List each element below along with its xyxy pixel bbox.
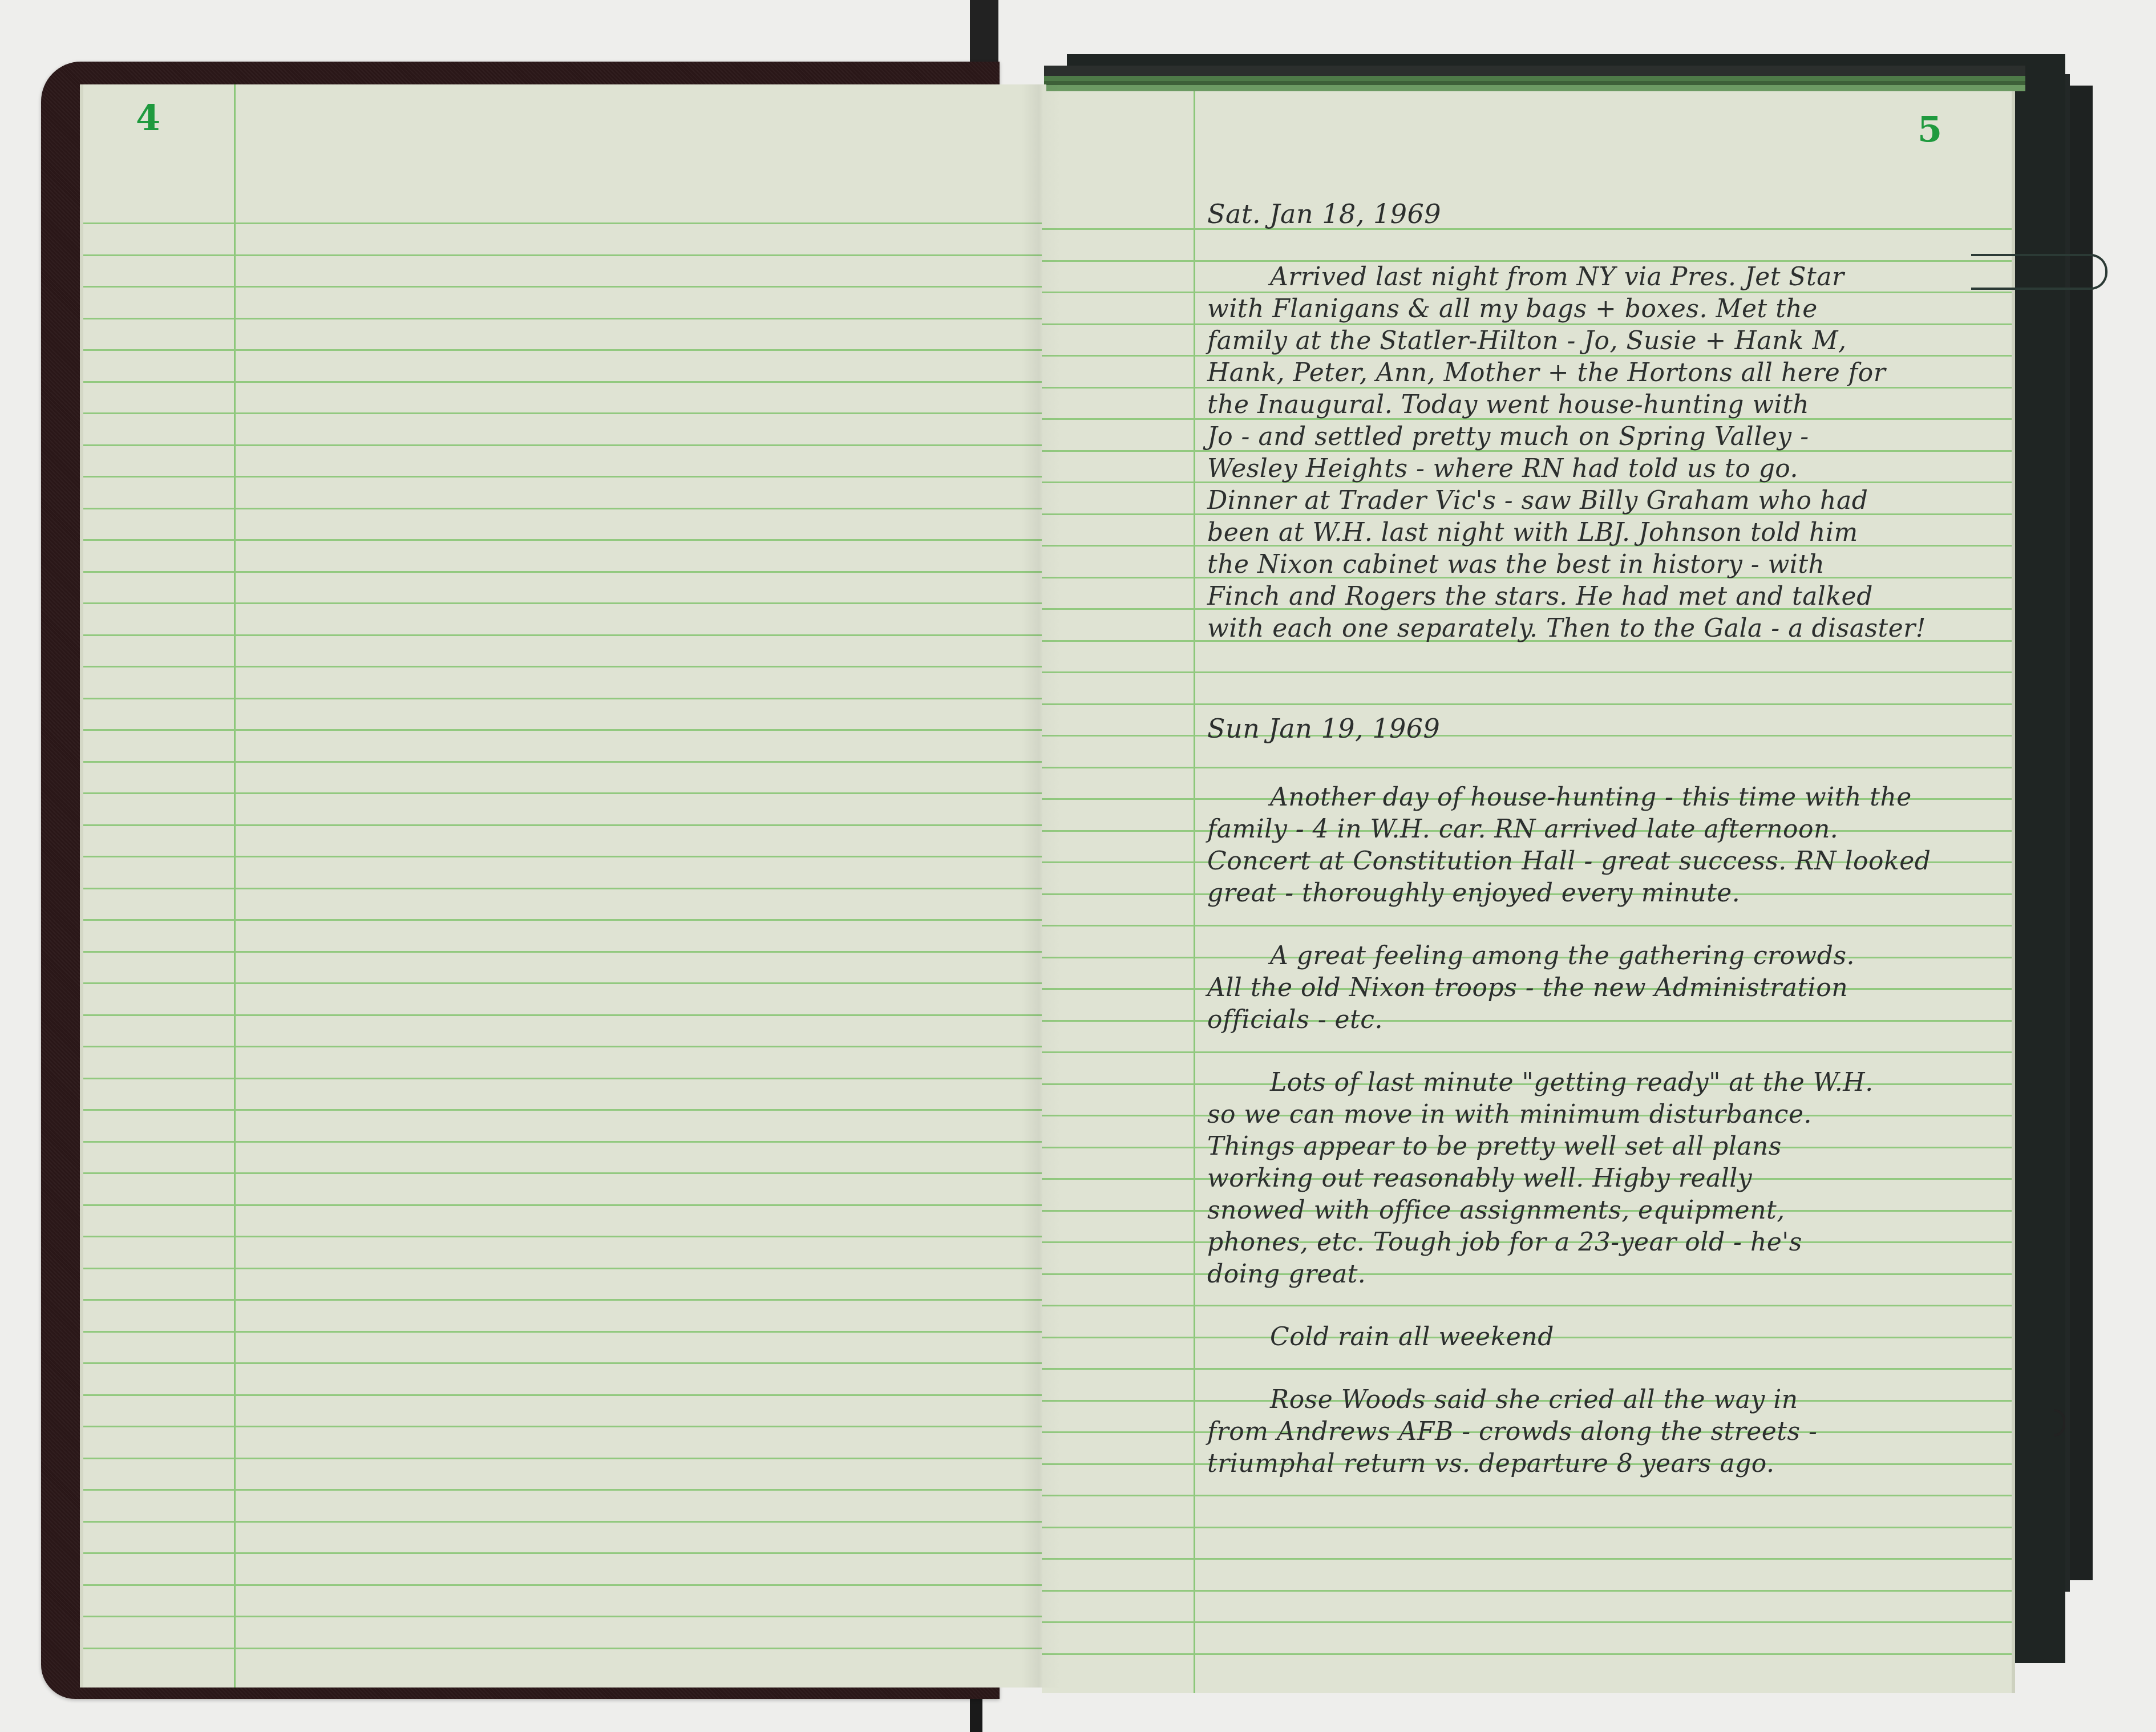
ruled-line xyxy=(83,792,1046,794)
ruled-line xyxy=(83,1362,1046,1364)
entry-line: Arrived last night from NY via Pres. Jet… xyxy=(1270,262,1844,292)
entry-line: Another day of house-hunting - this time… xyxy=(1270,783,1912,812)
ruled-line xyxy=(1042,735,2012,736)
entry-line: Wesley Heights - where RN had told us to… xyxy=(1207,454,1798,483)
entry-line: phones, etc. Tough job for a 23-year old… xyxy=(1207,1228,1802,1257)
entry-line: triumphal return vs. departure 8 years a… xyxy=(1207,1449,1775,1478)
ruled-line xyxy=(1042,767,2012,768)
entry-line: Things appear to be pretty well set all … xyxy=(1207,1132,1782,1161)
ruled-line xyxy=(83,1046,1046,1047)
entry-line: great - thoroughly enjoyed every minute. xyxy=(1207,879,1740,908)
entry-line: with each one separately. Then to the Ga… xyxy=(1207,614,1926,643)
ruled-line xyxy=(83,1521,1046,1523)
ruled-line xyxy=(83,982,1046,984)
ruled-line xyxy=(83,1489,1046,1491)
entry-line: from Andrews AFB - crowds along the stre… xyxy=(1207,1417,1817,1446)
ruled-line xyxy=(1042,1020,2012,1022)
ruled-line xyxy=(83,254,1046,256)
ruled-line xyxy=(1042,1590,2012,1592)
ruled-line xyxy=(83,1141,1046,1143)
ruled-line xyxy=(83,698,1046,699)
entry-line: Lots of last minute "getting ready" at t… xyxy=(1270,1068,1874,1097)
entry-line: family - 4 in W.H. car. RN arrived late … xyxy=(1207,815,1838,844)
ruled-line xyxy=(83,1078,1046,1079)
entry-line: A great feeling among the gathering crow… xyxy=(1270,941,1855,970)
ruled-line xyxy=(83,286,1046,288)
ruled-line xyxy=(83,349,1046,351)
ruled-line xyxy=(83,761,1046,763)
ruled-line xyxy=(83,444,1046,446)
ruled-line xyxy=(83,729,1046,731)
ruled-line xyxy=(83,222,1046,224)
ruled-line xyxy=(83,1268,1046,1269)
entry-line: Hank, Peter, Ann, Mother + the Hortons a… xyxy=(1207,358,1886,387)
page-number: 5 xyxy=(1918,108,1942,150)
ruled-line xyxy=(83,824,1046,826)
entry-line: snowed with office assignments, equipmen… xyxy=(1207,1196,1785,1225)
ruled-line xyxy=(83,508,1046,509)
entry-line: doing great. xyxy=(1207,1260,1366,1289)
entry-line: Cold rain all weekend xyxy=(1270,1322,1554,1351)
entry-line: Jo - and settled pretty much on Spring V… xyxy=(1207,422,1809,451)
ruled-line xyxy=(1042,1621,2012,1623)
ruled-line xyxy=(83,571,1046,573)
entry-line: All the old Nixon troops - the new Admin… xyxy=(1207,973,1848,1002)
ruled-line xyxy=(83,412,1046,414)
ruled-line xyxy=(83,602,1046,604)
ruled-line xyxy=(83,1584,1046,1586)
ruled-line xyxy=(1042,1495,2012,1496)
ruled-line xyxy=(83,318,1046,319)
ruled-line xyxy=(83,1172,1046,1174)
ruled-line xyxy=(83,1552,1046,1554)
ruled-line xyxy=(83,1331,1046,1333)
ruled-line xyxy=(1042,228,2012,230)
entry-line: Finch and Rogers the stars. He had met a… xyxy=(1207,582,1873,611)
ruled-line xyxy=(1042,1305,2012,1306)
entry-line: Dinner at Trader Vic's - saw Billy Graha… xyxy=(1207,486,1868,515)
ruled-line xyxy=(1042,1273,2012,1275)
ruled-line xyxy=(83,1299,1046,1301)
ruled-line xyxy=(83,1426,1046,1427)
ruled-line xyxy=(1042,671,2012,673)
ruled-line xyxy=(83,1204,1046,1206)
entry-line: Rose Woods said she cried all the way in xyxy=(1270,1385,1798,1414)
ruled-line xyxy=(83,1458,1046,1459)
ruled-line xyxy=(83,476,1046,477)
ruled-line xyxy=(83,1648,1046,1649)
margin-line xyxy=(1194,91,1195,1693)
page-number: 4 xyxy=(136,97,160,139)
ruled-line xyxy=(83,381,1046,383)
entry-line: the Inaugural. Today went house-hunting … xyxy=(1207,390,1809,419)
right-page: 5 Sat. Jan 18, 1969 Arrived last night f… xyxy=(1042,91,2015,1693)
ruled-line xyxy=(1042,260,2012,262)
entry-line: officials - etc. xyxy=(1207,1005,1383,1034)
ruled-line xyxy=(1042,703,2012,705)
entry-line: working out reasonably well. Higby reall… xyxy=(1207,1164,1752,1193)
ruled-line xyxy=(83,919,1046,921)
ruled-line xyxy=(83,1014,1046,1016)
entry-date: Sun Jan 19, 1969 xyxy=(1207,713,1440,744)
ruled-line xyxy=(83,666,1046,667)
page-stack-edge xyxy=(1044,66,2025,91)
entry-line: with Flanigans & all my bags + boxes. Me… xyxy=(1207,294,1818,323)
ruled-line xyxy=(1042,292,2012,293)
ruled-line xyxy=(83,539,1046,541)
ruled-line xyxy=(1042,1051,2012,1053)
entry-date: Sat. Jan 18, 1969 xyxy=(1207,199,1441,229)
ruled-line xyxy=(83,1109,1046,1111)
ruled-line xyxy=(83,1236,1046,1237)
ruled-line xyxy=(1042,1527,2012,1528)
entry-line: so we can move in with minimum disturban… xyxy=(1207,1100,1812,1129)
ruled-line xyxy=(83,888,1046,889)
entry-line: Concert at Constitution Hall - great suc… xyxy=(1207,847,1931,876)
ruled-line xyxy=(83,1616,1046,1617)
margin-line xyxy=(234,84,236,1688)
ruled-line xyxy=(83,856,1046,857)
entry-line: the Nixon cabinet was the best in histor… xyxy=(1207,550,1825,579)
ruled-line xyxy=(1042,1558,2012,1560)
ruled-line xyxy=(1042,1368,2012,1370)
ruled-line xyxy=(83,634,1046,636)
ruled-line xyxy=(83,1394,1046,1396)
ruled-line xyxy=(83,951,1046,953)
paper-clip-icon xyxy=(1971,254,2108,290)
ruled-line xyxy=(1042,1653,2012,1655)
ruled-line xyxy=(1042,925,2012,926)
left-page: 4 xyxy=(80,84,1046,1688)
entry-line: family at the Statler-Hilton - Jo, Susie… xyxy=(1207,326,1847,355)
entry-line: been at W.H. last night with LBJ. Johnso… xyxy=(1207,518,1858,547)
